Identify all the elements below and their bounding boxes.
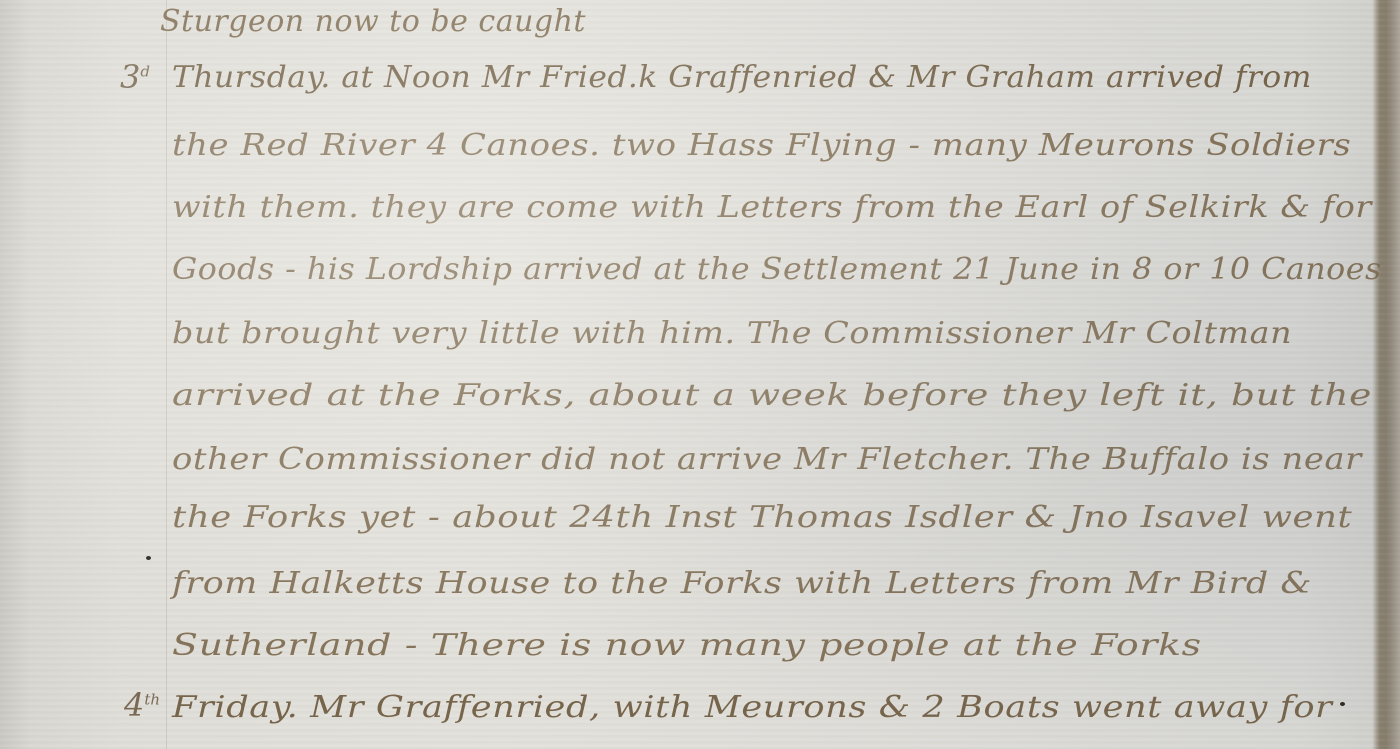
journal-line: Goods - his Lordship arrived at the Sett… xyxy=(172,252,1382,287)
journal-line: but brought very little with him. The Co… xyxy=(172,316,1292,351)
day-number-value: 4 xyxy=(124,686,144,724)
journal-line: Thursday. at Noon Mr Fried.k Graffenried… xyxy=(172,60,1312,95)
journal-line: the Red River 4 Canoes. two Hass Flying … xyxy=(172,128,1351,163)
ink-speck xyxy=(1340,702,1345,706)
journal-line: Sturgeon now to be caught xyxy=(160,4,586,39)
journal-line: other Commissioner did not arrive Mr Fle… xyxy=(172,442,1362,477)
journal-line: the Forks yet - about 24th Inst Thomas I… xyxy=(172,500,1352,535)
day-number-suffix: d xyxy=(140,62,150,80)
journal-line: arrived at the Forks, about a week befor… xyxy=(172,378,1372,413)
journal-line: from Halketts House to the Forks with Le… xyxy=(172,566,1312,601)
day-number: 4th xyxy=(124,686,160,724)
journal-line: Friday. Mr Graffenried, with Meurons & 2… xyxy=(172,690,1332,725)
journal-line: with them. they are come with Letters fr… xyxy=(172,190,1372,225)
day-number-suffix: th xyxy=(144,690,160,708)
day-number-value: 3 xyxy=(120,58,140,96)
margin-rule xyxy=(166,0,167,749)
journal-line: Sutherland - There is now many people at… xyxy=(172,628,1202,663)
page-edge-shadow xyxy=(1374,0,1400,749)
ink-speck xyxy=(146,556,151,560)
manuscript-page: Sturgeon now to be caught 3d Thursday. a… xyxy=(0,0,1400,749)
day-number: 3d xyxy=(120,58,150,96)
